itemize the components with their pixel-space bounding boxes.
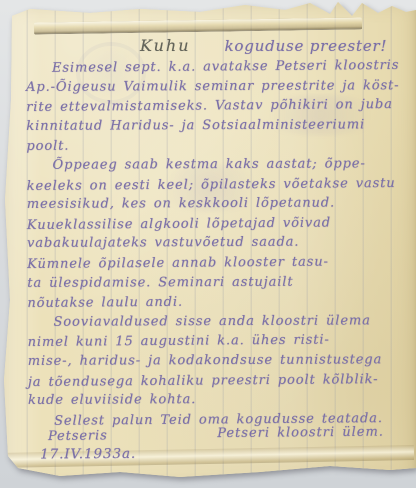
signature-line: Petseri kloostri ülem. <box>217 425 390 442</box>
letter-line: Ap.-Õigeusu Vaimulik seminar preestrite … <box>26 76 400 97</box>
pencil-addressee-note: Kuhu <box>140 36 191 55</box>
top-fold-crease <box>34 17 362 34</box>
letter-closing: Petseris 17.IV.1933a. Petseri kloostri ü… <box>48 425 390 464</box>
letter-line: kinnitatud Haridus- ja Sotsiaalministeer… <box>26 115 400 136</box>
letter-line: rite ettevalmistamiseks. Vastav põhikiri… <box>26 95 400 118</box>
place-and-date: Petseris 17.IV.1933a. <box>48 427 136 464</box>
letter-line: kude eluviiside kohta. <box>28 389 402 410</box>
letter-paper: Kuhu koguduse preester! Esimesel sept. k… <box>0 0 416 488</box>
salutation: koguduse preester! <box>225 37 388 55</box>
letter-line: Kümnele õpilasele annab klooster tasu- <box>27 252 401 275</box>
letter-line: mise-, haridus- ja kodakondsuse tunnistu… <box>28 350 402 371</box>
scanned-letter-photo: Kuhu koguduse preester! Esimesel sept. k… <box>0 0 416 488</box>
letter-line: Õppeaeg saab kestma kaks aastat; õppe- <box>26 154 400 175</box>
letter-line: ta ülespidamise. Seminari astujailt <box>27 272 401 293</box>
letter-line: Sooviavaldused sisse anda kloostri ülema <box>27 311 401 332</box>
letter-line: vabakuulajateks vastuvõetud saada. <box>27 233 401 254</box>
letter-header: Kuhu koguduse preester! <box>140 36 387 55</box>
date-line: 17.IV.1933a. <box>40 445 136 464</box>
paper-shadow-wrap: Kuhu koguduse preester! Esimesel sept. k… <box>0 0 416 488</box>
place-line: Petseris <box>48 427 136 446</box>
letter-line: meesisikud, kes on keskkooli lõpetanud. <box>27 193 401 214</box>
letter-line: Esimesel sept. k.a. avatakse Petseri klo… <box>26 56 400 79</box>
letter-body: Esimesel sept. k.a. avatakse Petseri klo… <box>26 56 402 431</box>
letter-line: nõutakse laulu andi. <box>27 291 401 314</box>
